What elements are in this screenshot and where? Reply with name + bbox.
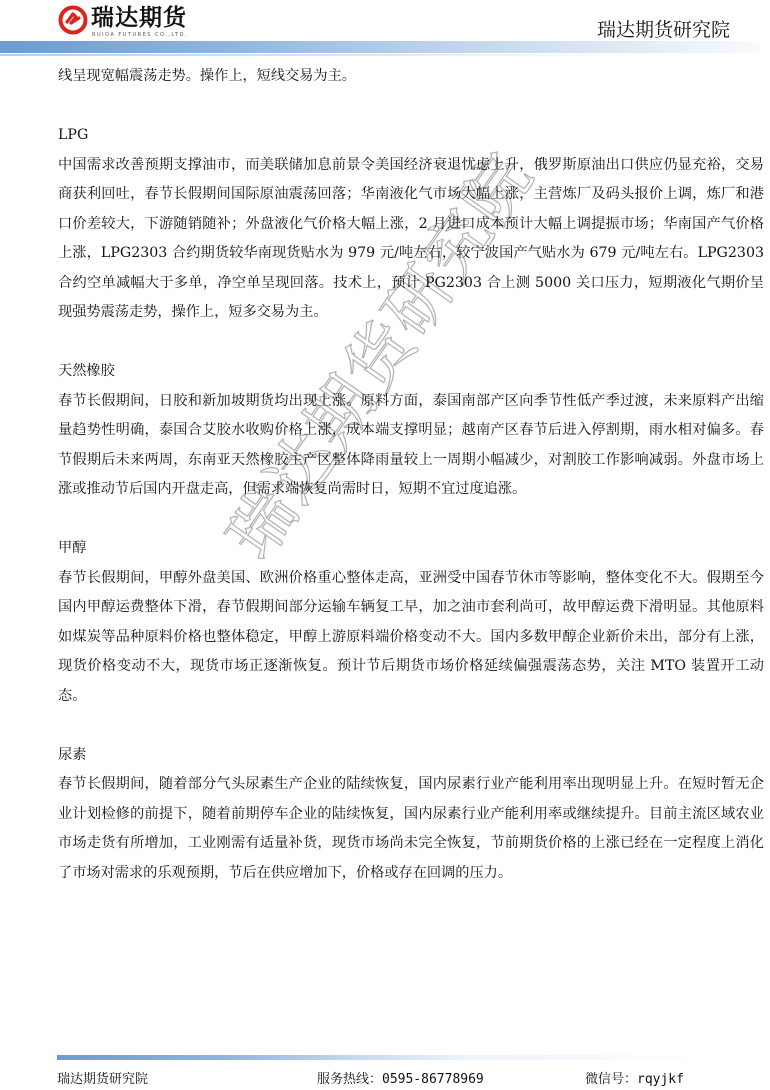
spacer xyxy=(58,711,764,741)
header-divider-line xyxy=(0,54,650,56)
header-divider-bar xyxy=(0,41,760,53)
section-body-urea: 春节长假期间，随着部分气头尿素生产企业的陆续恢复，国内尿素行业产能利用率出现明显… xyxy=(58,770,764,888)
footer-divider-bar xyxy=(57,1055,477,1060)
company-logo: 瑞达期货 RUIDA FUTURES CO.,LTD. xyxy=(58,4,208,40)
footer-org: 瑞达期货研究院 xyxy=(57,1068,148,1087)
section-title-urea: 尿素 xyxy=(58,741,764,771)
section-title-lpg: LPG xyxy=(58,121,764,151)
intro-paragraph: 线呈现宽幅震荡走势。操作上，短线交易为主。 xyxy=(58,62,764,92)
section-body-lpg: 中国需求改善预期支撑油市，而美联储加息前景令美国经济衰退忧虑上升，俄罗斯原油出口… xyxy=(58,151,764,328)
ruida-logo-icon xyxy=(58,5,88,35)
spacer xyxy=(58,92,764,122)
logo-subtext: RUIDA FUTURES CO.,LTD. xyxy=(92,32,188,38)
section-title-rubber: 天然橡胶 xyxy=(58,357,764,387)
footer-hotline: 服务热线：0595-86778969 xyxy=(317,1068,484,1087)
spacer xyxy=(58,505,764,535)
spacer xyxy=(58,328,764,358)
footer-wechat: 微信号：rqyjkf xyxy=(585,1068,684,1087)
page-header: 瑞达期货 RUIDA FUTURES CO.,LTD. 瑞达期货研究院 xyxy=(0,0,770,58)
footer-divider-fade xyxy=(477,1055,717,1060)
section-body-rubber: 春节长假期间，日胶和新加坡期货均出现上涨。原料方面，泰国南部产区向季节性低产季过… xyxy=(58,387,764,505)
section-body-methanol: 春节长假期间，甲醇外盘美国、欧洲价格重心整体走高，亚洲受中国春节休市等影响，整体… xyxy=(58,564,764,712)
report-body: 线呈现宽幅震荡走势。操作上，短线交易为主。 LPG 中国需求改善预期支撑油市，而… xyxy=(58,62,764,888)
header-title: 瑞达期货研究院 xyxy=(597,19,730,41)
logo-text: 瑞达期货 xyxy=(91,4,187,32)
section-title-methanol: 甲醇 xyxy=(58,534,764,564)
page-footer: 瑞达期货研究院 服务热线：0595-86778969 微信号：rqyjkf xyxy=(57,1068,717,1088)
